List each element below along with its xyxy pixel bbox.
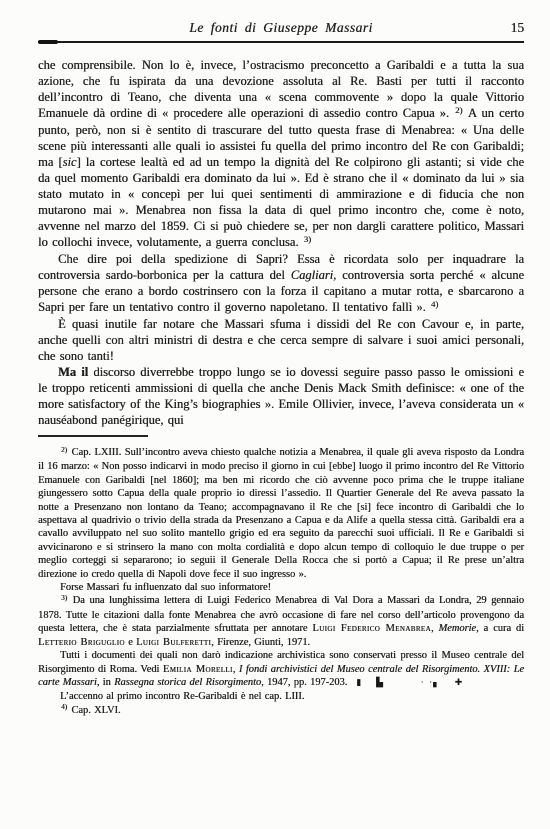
page-header: Le fonti di Giuseppe Massari 15 [38,20,524,38]
footnote-2-addendum: Forse Massari fu influenzato dal suo inf… [38,581,524,594]
footnote-3-documents-note: Tutti i documenti dei quali non darò ind… [38,649,524,690]
footnotes: 2) Cap. LXIII. Sull’incontro aveva chies… [38,446,524,718]
book-page: Le fonti di Giuseppe Massari 15 che comp… [0,0,550,829]
footnote-2: 2) Cap. LXIII. Sull’incontro aveva chies… [38,446,524,581]
body-text: che comprensibile. Non lo è, invece, l’o… [38,57,524,428]
footnote-4: 4) Cap. XLVI. [38,704,524,718]
footnote-3-addendum: L’accenno al primo incontro Re-Garibaldi… [38,690,524,703]
page-number: 15 [511,20,525,36]
header-rule [38,41,524,43]
body-paragraph-3: È quasi inutile far notare che Massari s… [38,316,524,364]
footnote-separator [38,435,148,437]
footnote-3: 3) Da una lunghissima lettera di Luigi F… [38,594,524,649]
body-paragraph-4: Ma il discorso diverrebbe troppo lungo s… [38,364,524,428]
running-title: Le fonti di Giuseppe Massari [38,20,524,36]
body-paragraph-2: Che dire poi della spedizione di Sapri? … [38,251,524,316]
body-paragraph-1: che comprensibile. Non lo è, invece, l’o… [38,57,524,251]
